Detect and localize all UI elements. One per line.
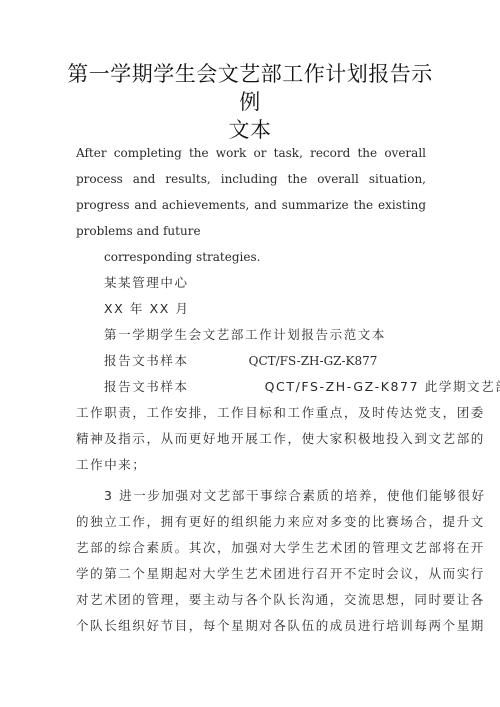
- paragraph1-line-1: 工作职责，工作安排，工作目标和工作重点，及时传达党支，团委: [76, 400, 426, 426]
- abstract-line-3: progress and achievements, and summarize…: [76, 192, 426, 218]
- sample-label-1: 报告文书样本: [104, 353, 189, 368]
- paragraph2-line-1: 3 进一步加强对文艺部干事综合素质的培养，使他们能够很好: [104, 483, 426, 509]
- abstract-line-2: process and results, including the overa…: [76, 166, 426, 192]
- sample-code-2: QCT/FS-ZH-GZ-K877 此学期文艺部的: [265, 379, 500, 394]
- paragraph2-line-4: 学的第二个星期起对大学生艺术团进行召开不定时会议，从而实行: [76, 561, 426, 587]
- sample-code-1: QCT/FS-ZH-GZ-K877: [249, 354, 378, 368]
- title-line-1: 第一学期学生会文艺部工作计划报告示例: [60, 60, 440, 116]
- paragraph2-line-2: 的独立工作，拥有更好的组织能力来应对多变的比赛场合，提升文: [76, 509, 426, 535]
- paragraph2-line-3: 艺部的综合素质。其次，加强对大学生艺术团的管理文艺部将在开: [76, 535, 426, 561]
- document-date: XX 年 XX 月: [104, 296, 426, 322]
- document-subtitle: 第一学期学生会文艺部工作计划报告示范文本: [104, 322, 426, 348]
- paragraph2-line-6: 个队长组织好节目，每个星期对各队伍的成员进行培训每两个星期: [76, 613, 426, 639]
- abstract-line-5: corresponding strategies.: [104, 244, 426, 270]
- paragraph1-line-2: 精神及指示，从而更好地开展工作，使大家积极地投入到文艺部的: [76, 426, 426, 452]
- sample-row-1: 报告文书样本QCT/FS-ZH-GZ-K877: [104, 348, 426, 374]
- abstract-line-4: problems and future: [76, 218, 426, 244]
- sample-label-2: 报告文书样本: [104, 379, 189, 394]
- paragraph2-line-5: 对艺术团的管理，要主动与各个队长沟通，交流思想，同时要让各: [76, 587, 426, 613]
- document-title: 第一学期学生会文艺部工作计划报告示例 文本: [60, 60, 440, 144]
- org-name: 某某管理中心: [104, 270, 426, 296]
- abstract-line-1: After completing the work or task, recor…: [76, 140, 426, 166]
- paragraph1-line-3: 工作中来；: [76, 452, 426, 478]
- document-page: 第一学期学生会文艺部工作计划报告示例 文本 After completing t…: [0, 0, 500, 707]
- sample-row-2: 报告文书样本QCT/FS-ZH-GZ-K877 此学期文艺部的: [104, 374, 426, 400]
